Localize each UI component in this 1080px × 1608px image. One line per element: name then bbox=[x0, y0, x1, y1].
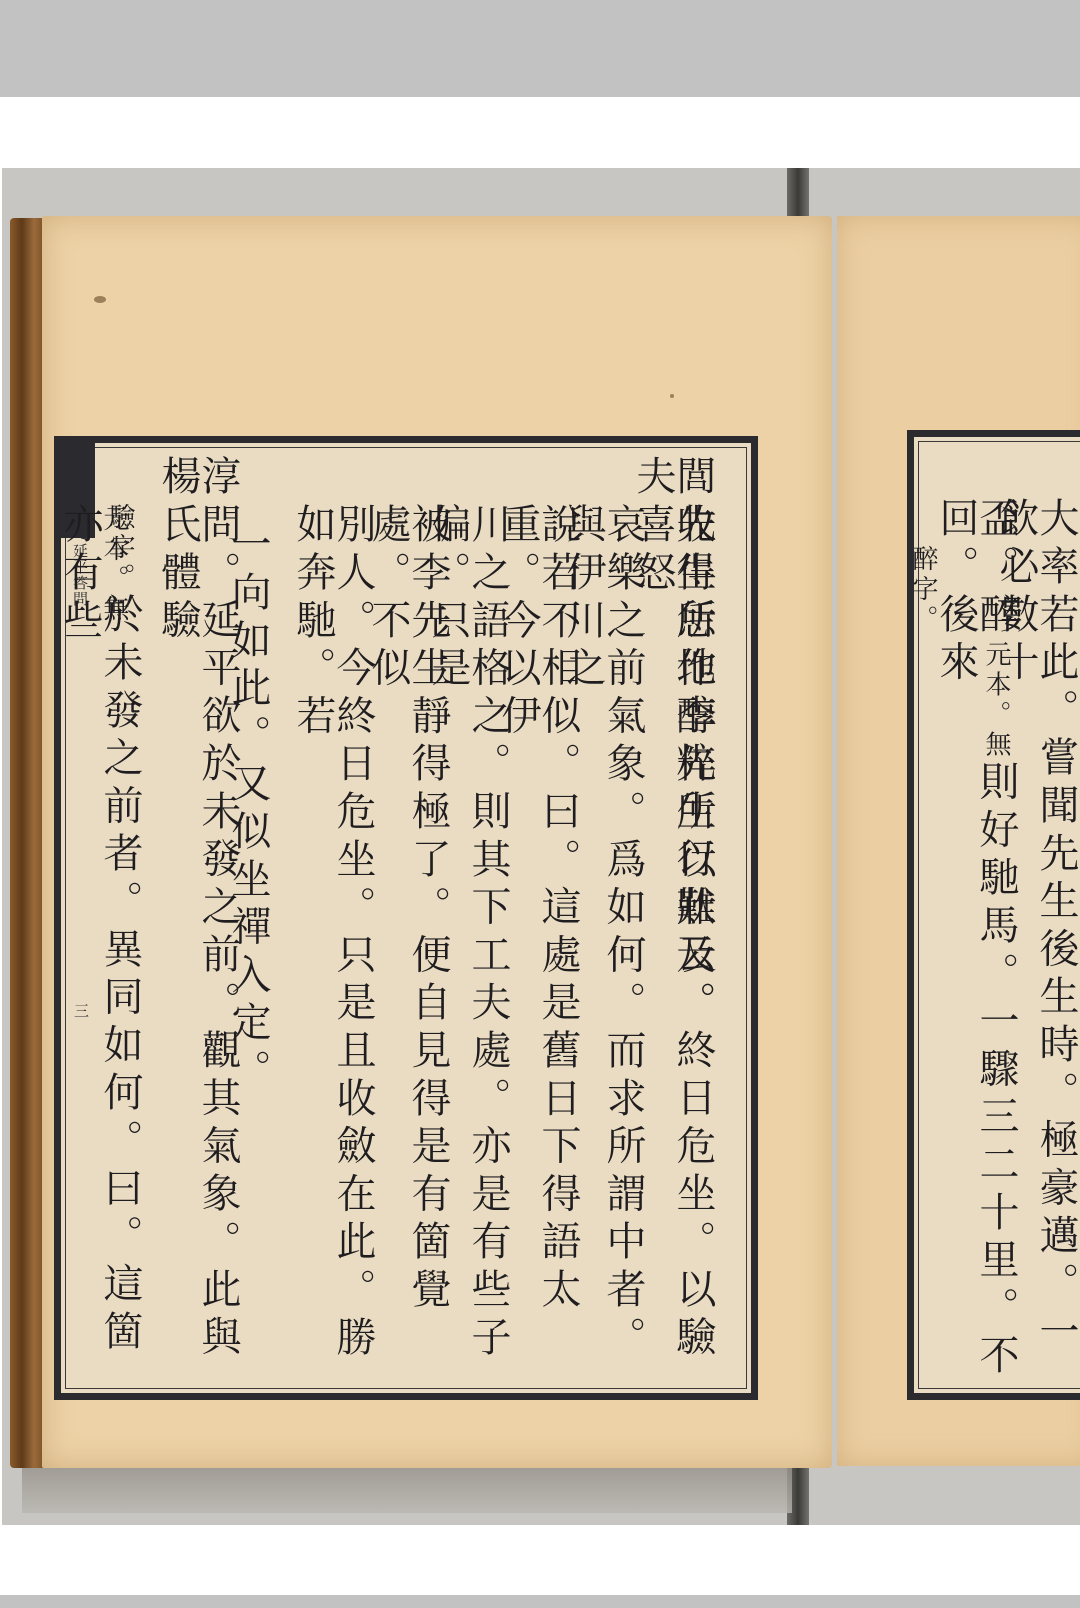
text-note-column-2: 驗字。 bbox=[105, 503, 135, 593]
paper-stain bbox=[94, 296, 106, 303]
right-text-note-1: 元本。無 bbox=[981, 640, 1011, 760]
right-text-column-2-a: 盃。醉 bbox=[973, 497, 1019, 640]
text-column-7: 別人。今終日危坐。只是且收斂在此。勝如奔馳。若 bbox=[293, 503, 373, 1393]
left-page-text-frame: 延平答問 三 收得恁地醇粹所以難及。 閭先生所作李先生行狀云。終日危坐。以驗夫喜… bbox=[54, 436, 758, 1400]
text-column-6: 被李先生靜得極了。便自見得是有箇覺處。不似 bbox=[368, 503, 448, 1393]
viewer-bottom-bar bbox=[0, 1595, 1080, 1608]
viewer-top-bar bbox=[0, 0, 1080, 97]
right-page-text-frame: 大率若此。嘗聞先生後生時。極豪邁。一飲必數十 盃。醉元本。無則好馳馬。一驟三二十… bbox=[907, 430, 1080, 1400]
paper-stain bbox=[670, 394, 674, 398]
right-text-note-column: 醉字。 bbox=[910, 545, 936, 635]
text-column-10: 驗字。於未發之前者。異同如何。曰。這箇亦有些 bbox=[60, 503, 140, 1393]
right-text-column-2: 盃。醉元本。無則好馳馬。一驟三二十里。不回。後來 bbox=[936, 497, 1016, 1393]
text-column-9: 淳問。延平欲於未發之前。觀其氣象。此與楊氏體驗 bbox=[158, 455, 238, 1393]
book-scan-image: 延平答問 三 收得恁地醇粹所以難及。 閭先生所作李先生行狀云。終日危坐。以驗夫喜… bbox=[2, 168, 1080, 1525]
text-column-10-main: 於未發之前者。異同如何。曰。這箇亦有些 bbox=[57, 503, 143, 1358]
